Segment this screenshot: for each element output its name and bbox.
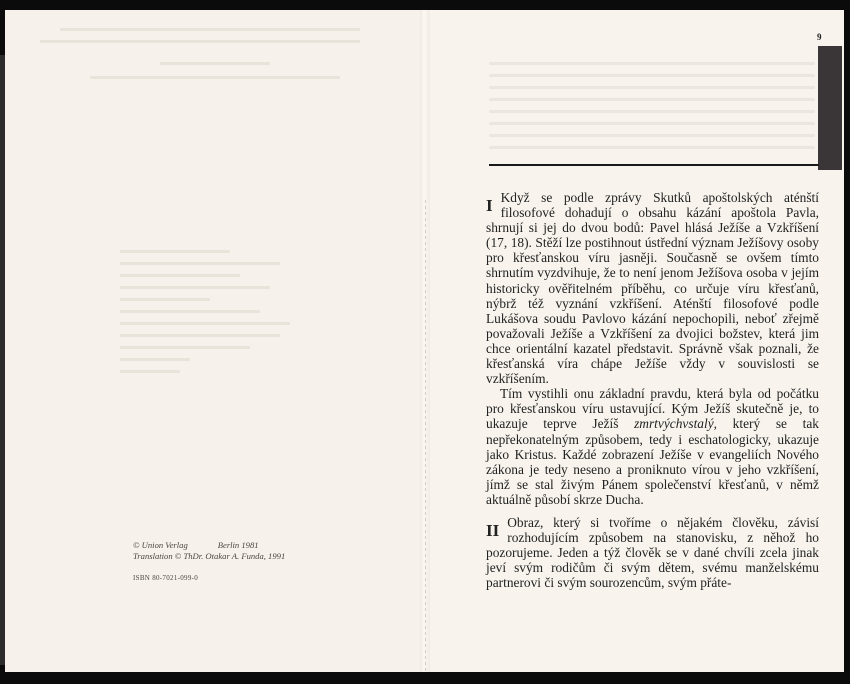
section-2: II Obraz, který si tvoříme o nějakém člo…: [486, 515, 819, 590]
page-number: 9: [817, 32, 822, 42]
emphasis-text: zmrtvýchvstalý: [634, 416, 714, 431]
binding-perforation: [425, 200, 426, 672]
left-page-edge: [0, 55, 5, 665]
section-1: I Když se podle zprávy Skutků apoštolský…: [486, 190, 819, 507]
section-numeral: I: [486, 197, 493, 214]
copyright-notice: © Union VerlagBerlin 1981 Translation © …: [133, 540, 285, 562]
paragraph: Tím vystihli onu základní pravdu, která …: [486, 386, 819, 507]
translation-line: Translation © ThDr. Otakar A. Funda, 199…: [133, 551, 285, 562]
section-numeral: II: [486, 522, 499, 539]
paragraph: Když se podle zprávy Skutků apoštolských…: [486, 190, 819, 386]
paragraph: Obraz, který si tvoříme o nějakém člověk…: [486, 515, 819, 590]
isbn: ISBN 80-7021-099-0: [133, 574, 198, 582]
thumb-index-tab: [818, 46, 842, 170]
publisher-line: © Union Verlag: [133, 540, 188, 550]
show-through-header-block: [489, 50, 819, 166]
publisher-place-year: Berlin 1981: [218, 540, 259, 550]
left-page: [5, 10, 425, 672]
